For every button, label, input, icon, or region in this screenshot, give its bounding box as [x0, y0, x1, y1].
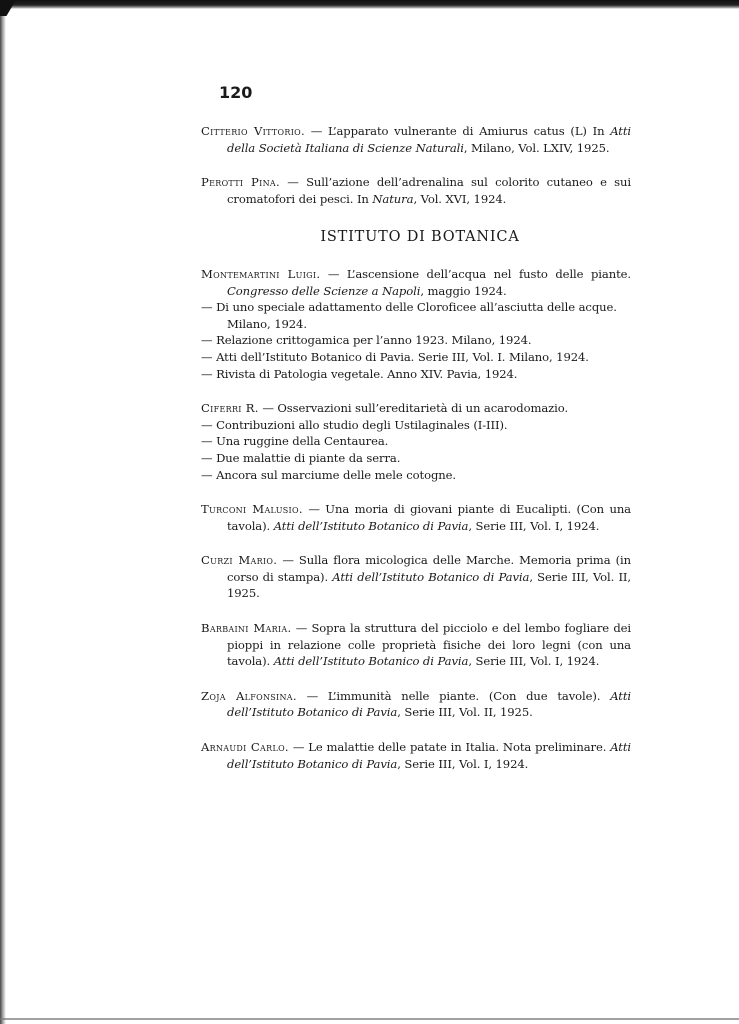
entry-author: Citterio Vittorio.	[201, 124, 305, 138]
entry-citation: Arnaudi Carlo. — Le malattie delle patat…	[201, 739, 631, 772]
entry-details: , Serie III, Vol. I, 1924.	[468, 654, 599, 668]
bibliography-entry: Perotti Pina. — Sull’azione dell’adrenal…	[201, 174, 631, 207]
entry-subitem: — Rivista di Patologia vegetale. Anno XI…	[201, 366, 631, 383]
entry-title: — Osservazioni sull’ereditarietà di un a…	[262, 401, 568, 415]
entry-journal: Congresso delle Scienze a Napoli	[227, 284, 420, 298]
entries-zoology: Citterio Vittorio. — L’apparato vulneran…	[201, 123, 631, 207]
entry-details: , Vol. XVI, 1924.	[413, 192, 506, 206]
entry-citation: Barbaini Maria. — Sopra la struttura del…	[201, 620, 631, 670]
bibliography: Citterio Vittorio. — L’apparato vulneran…	[201, 123, 631, 790]
entry-citation: Curzi Mario. — Sulla flora micologica de…	[201, 552, 631, 602]
entry-citation: Ciferri R. — Osservazioni sull’ereditari…	[201, 400, 631, 417]
section-heading: ISTITUTO DI BOTANICA	[201, 229, 631, 246]
entry-author: Montemartini Luigi.	[201, 267, 320, 281]
entry-subitem: — Due malattie di piante da serra.	[201, 450, 631, 467]
entry-author: Barbaini Maria.	[201, 621, 291, 635]
entry-author: Curzi Mario.	[201, 553, 277, 567]
scan-edge-left	[0, 0, 6, 1024]
entry-author: Perotti Pina.	[201, 175, 280, 189]
entry-author: Zoja Alfonsina.	[201, 689, 297, 703]
entry-subitem: — Ancora sul marciume delle mele cotogne…	[201, 467, 631, 484]
entry-title: — L’immunità nelle piante. (Con due tavo…	[307, 689, 611, 703]
entry-title: — Le malattie delle patate in Italia. No…	[293, 740, 610, 754]
bibliography-entry: Citterio Vittorio. — L’apparato vulneran…	[201, 123, 631, 156]
entry-subitem: — Atti dell’Istituto Botanico di Pavia. …	[201, 349, 631, 366]
entry-details: , Serie III, Vol. I, 1924.	[397, 757, 528, 771]
bibliography-entry: Curzi Mario. — Sulla flora micologica de…	[201, 552, 631, 602]
bibliography-entry: Zoja Alfonsina. — L’immunità nelle piant…	[201, 688, 631, 721]
entry-details: , Serie III, Vol. I, 1924.	[468, 519, 599, 533]
entry-citation: Perotti Pina. — Sull’azione dell’adrenal…	[201, 174, 631, 207]
bibliography-entry: Ciferri R. — Osservazioni sull’ereditari…	[201, 400, 631, 483]
entry-journal: Natura	[372, 192, 413, 206]
entry-citation: Zoja Alfonsina. — L’immunità nelle piant…	[201, 688, 631, 721]
bibliography-entry: Montemartini Luigi. — L’ascensione dell’…	[201, 266, 631, 382]
entry-subitem: — Relazione crittogamica per l’anno 1923…	[201, 332, 631, 349]
entry-title: — L’apparato vulnerante di Amiurus catus…	[311, 124, 610, 138]
entry-author: Arnaudi Carlo.	[201, 740, 289, 754]
entry-subitem: — Contribuzioni allo studio degli Ustila…	[201, 417, 631, 434]
page-number: 120	[219, 83, 252, 102]
entry-citation: Montemartini Luigi. — L’ascensione dell’…	[201, 266, 631, 299]
entries-botany: Montemartini Luigi. — L’ascensione dell’…	[201, 266, 631, 772]
entry-details: , Serie III, Vol. II, 1925.	[397, 705, 532, 719]
entry-subitem: — Una ruggine della Centaurea.	[201, 433, 631, 450]
entry-journal: Atti dell’Istituto Botanico di Pavia	[274, 519, 469, 533]
entry-citation: Citterio Vittorio. — L’apparato vulneran…	[201, 123, 631, 156]
entry-citation: Turconi Malusio. — Una moria di giovani …	[201, 501, 631, 534]
bibliography-entry: Barbaini Maria. — Sopra la struttura del…	[201, 620, 631, 670]
entry-subitem: — Di uno speciale adattamento delle Clor…	[201, 299, 631, 332]
scan-edge-top	[0, 0, 739, 9]
entry-journal: Atti dell’Istituto Botanico di Pavia	[274, 654, 469, 668]
entry-title: — L’ascensione dell’acqua nel fusto dell…	[328, 267, 631, 281]
entry-details: , maggio 1924.	[420, 284, 506, 298]
entry-author: Ciferri R.	[201, 401, 259, 415]
bibliography-entry: Turconi Malusio. — Una moria di giovani …	[201, 501, 631, 534]
bibliography-entry: Arnaudi Carlo. — Le malattie delle patat…	[201, 739, 631, 772]
scan-edge-bottom	[0, 1018, 739, 1020]
entry-author: Turconi Malusio.	[201, 502, 303, 516]
entry-journal: Atti dell’Istituto Botanico di Pavia	[332, 570, 529, 584]
entry-details: , Milano, Vol. LXIV, 1925.	[464, 141, 610, 155]
